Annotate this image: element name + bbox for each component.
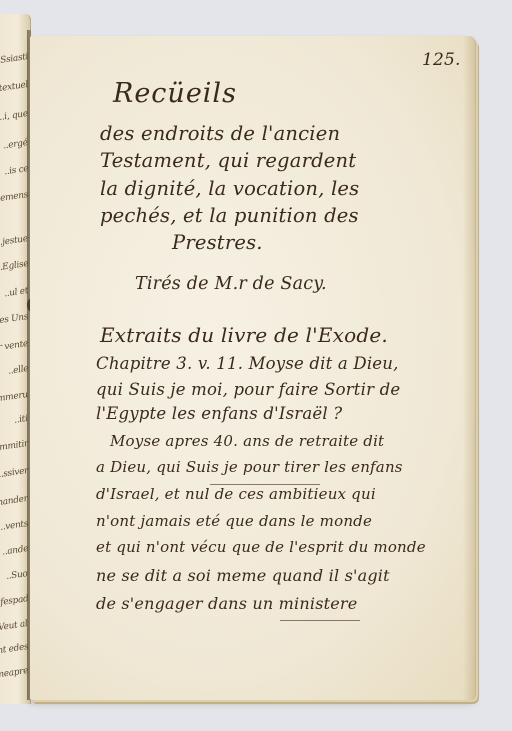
body-line: qui Suis je moi, pour faire Sortir de [96, 380, 400, 399]
pen-stroke [210, 484, 320, 485]
subtitle-line: des endroits de l'ancien [100, 122, 340, 145]
margin-fragment: ..mmander [0, 494, 29, 510]
page-number: 125. [422, 50, 461, 70]
margin-fragment: ..mmitir [0, 439, 29, 454]
margin-fragment: ..ler vente [0, 339, 29, 355]
margin-fragment: ..ent edes [0, 642, 29, 658]
margin-fragment: ..Ilemens [0, 190, 29, 205]
body-line: n'ont jamais eté que dans le monde [96, 512, 372, 530]
margin-fragment: ..Eglise [0, 259, 29, 273]
subtitle-line: Testament, qui regardent [100, 149, 356, 172]
subtitle-line: pechés, et la punition des [100, 204, 359, 227]
body-line: ne se dit a soi meme quand il s'agit [96, 566, 390, 585]
manuscript-photo: ..Ssiasti ..ntextuel ..i, que ..ergé ..i… [0, 0, 512, 731]
body-line: et qui n'ont vécu que de l'esprit du mon… [96, 538, 426, 556]
subtitle-line: Prestres. [172, 231, 263, 254]
margin-fragment: ..jestue [0, 234, 29, 248]
page-title: Recüeils [113, 78, 237, 109]
margin-fragment: ..fespad [0, 594, 29, 609]
margin-fragment: ..i, que [0, 109, 29, 123]
body-line: Moyse apres 40. ans de retraite dit [110, 432, 384, 450]
body-line: de s'engager dans un ministere [96, 594, 357, 613]
margin-fragment: ..ul et [3, 286, 28, 299]
subtitle-line: la dignité, la vocation, les [100, 177, 359, 200]
margin-fragment: ..vents [0, 519, 29, 533]
body-line: l'Egypte les enfans d'Israël ? [96, 404, 342, 423]
margin-fragment: ..Suo [6, 569, 29, 582]
body-line: Chapitre 3. v. 11. Moyse dit a Dieu, [96, 354, 399, 373]
section-heading: Extraits du livre de l'Exode. [100, 323, 388, 347]
margin-fragment: ..Ssiasti [0, 52, 29, 67]
margin-fragment: ..ssiver [0, 466, 29, 480]
manuscript-page: 125. Recüeils des endroits de l'ancien T… [30, 36, 475, 700]
body-line: a Dieu, qui Suis je pour tirer les enfan… [96, 458, 403, 476]
margin-fragment: ..Commeru [0, 390, 29, 407]
margin-fragment: ..mmeapre [0, 666, 29, 682]
body-line: d'Israel, et nul de ces ambitieux qui [96, 485, 376, 503]
source-attribution: Tirés de M.r de Sacy. [135, 274, 327, 294]
margin-fragment: ..ande [1, 544, 28, 558]
margin-fragment: ..Veut al [0, 619, 29, 634]
margin-fragment: ..ergé [3, 138, 29, 151]
margin-fragment: ..is ce [3, 164, 29, 177]
margin-fragment: ..ntextuel [0, 80, 29, 95]
margin-fragment: ..es Uns [0, 312, 29, 327]
margin-fragment: ..elle [7, 364, 29, 377]
pen-stroke [280, 620, 360, 621]
